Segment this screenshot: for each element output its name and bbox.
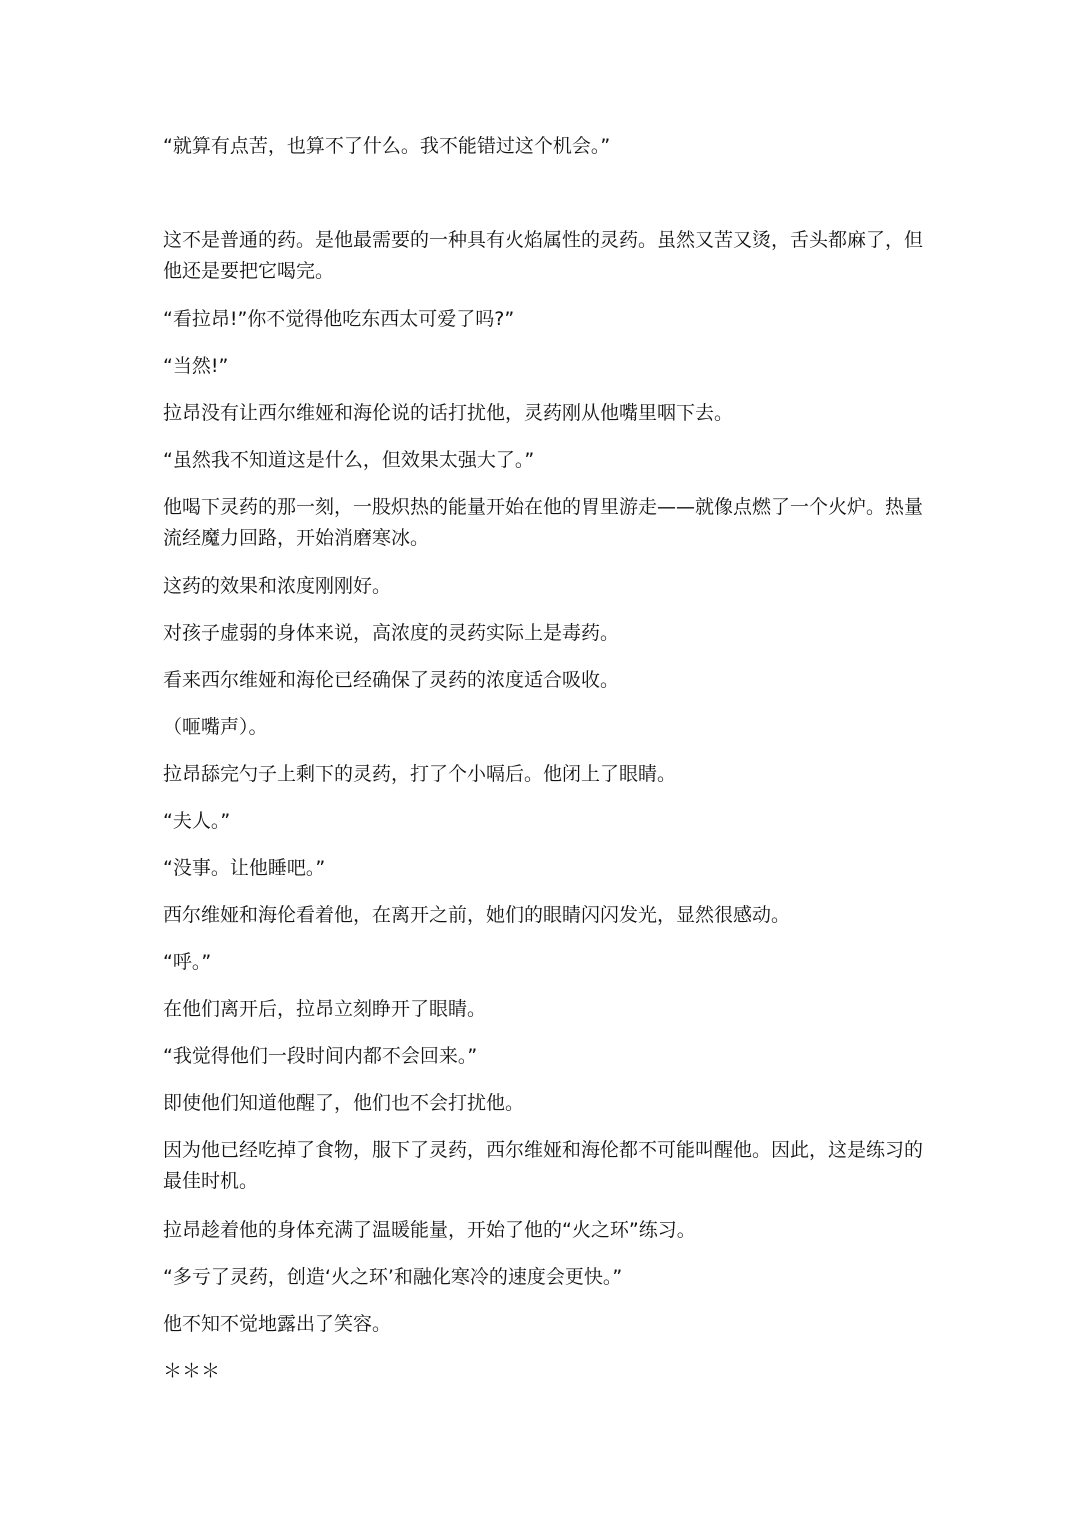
paragraph: “看拉昂!”你不觉得他吃东西太可爱了吗?”: [163, 304, 923, 335]
paragraph: 他不知不觉地露出了笑容。: [163, 1309, 923, 1340]
paragraph: 因为他已经吃掉了食物，服下了灵药，西尔维娅和海伦都不可能叫醒他。因此，这是练习的…: [163, 1135, 923, 1197]
paragraph: “多亏了灵药，创造‘火之环’和融化寒冷的速度会更快。”: [163, 1262, 923, 1293]
paragraph: “呼。”: [163, 947, 923, 978]
paragraph: （咂嘴声）。: [163, 712, 923, 743]
paragraph: 拉昂没有让西尔维娅和海伦说的话打扰他，灵药刚从他嘴里咽下去。: [163, 398, 923, 429]
paragraph: 看来西尔维娅和海伦已经确保了灵药的浓度适合吸收。: [163, 665, 923, 696]
paragraph: 拉昂舔完勺子上剩下的灵药，打了个小嗝后。他闭上了眼睛。: [163, 759, 923, 790]
paragraph: 拉昂趁着他的身体充满了温暖能量，开始了他的“火之环”练习。: [163, 1215, 923, 1246]
paragraph: “当然!”: [163, 351, 923, 382]
paragraph: 西尔维娅和海伦看着他，在离开之前，她们的眼睛闪闪发光，显然很感动。: [163, 900, 923, 931]
paragraph: 即使他们知道他醒了，他们也不会打扰他。: [163, 1088, 923, 1119]
paragraph: “虽然我不知道这是什么，但效果太强大了。”: [163, 445, 923, 476]
paragraph: “没事。让他睡吧。”: [163, 853, 923, 884]
paragraph: “就算有点苦，也算不了什么。我不能错过这个机会。”: [163, 131, 923, 162]
paragraph: 这不是普通的药。是他最需要的一种具有火焰属性的灵药。虽然又苦又烫，舌头都麻了，但…: [163, 225, 923, 287]
paragraph: 在他们离开后，拉昂立刻睁开了眼睛。: [163, 994, 923, 1025]
paragraph: “夫人。”: [163, 806, 923, 837]
paragraph: 他喝下灵药的那一刻，一股炽热的能量开始在他的胃里游走——就像点燃了一个火炉。热量…: [163, 492, 923, 554]
scene-break: ＊＊＊: [163, 1356, 923, 1387]
paragraph: 这药的效果和浓度刚刚好。: [163, 571, 923, 602]
paragraph: 对孩子虚弱的身体来说，高浓度的灵药实际上是毒药。: [163, 618, 923, 649]
paragraph: “我觉得他们一段时间内都不会回来。”: [163, 1041, 923, 1072]
